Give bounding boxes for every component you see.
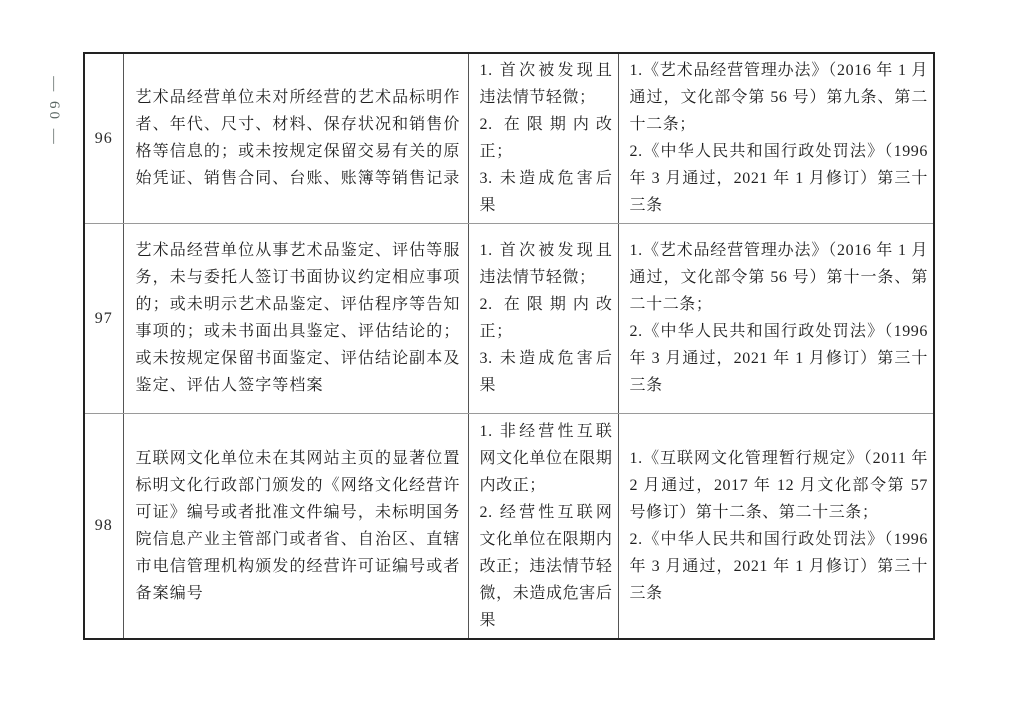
violation-cell: 艺术品经营单位从事艺术品鉴定、评估等服务，未与委托人签订书面协议约定相应事项的；… — [123, 223, 468, 413]
legal-basis-item: 2.《中华人民共和国行政处罚法》（1996 年 3 月通过，2021 年 1 月… — [630, 318, 929, 399]
condition-item: 2. 在限期内改正； — [480, 291, 613, 345]
legal-basis-item: 2.《中华人民共和国行政处罚法》（1996 年 3 月通过，2021 年 1 月… — [630, 526, 929, 607]
row-number-cell: 97 — [84, 223, 123, 413]
row-number-cell: 98 — [84, 413, 123, 639]
condition-item: 1. 非经营性互联网文化单位在限期内改正； — [480, 418, 613, 499]
regulation-table: 96 艺术品经营单位未对所经营的艺术品标明作者、年代、尺寸、材料、保存状况和销售… — [83, 52, 935, 640]
conditions-cell: 1. 首次被发现且违法情节轻微； 2. 在限期内改正； 3. 未造成危害后果 — [468, 223, 618, 413]
legal-basis-cell: 1.《艺术品经营管理办法》（2016 年 1 月通过，文化部令第 56 号）第九… — [618, 53, 934, 223]
legal-basis-item: 1.《互联网文化管理暂行规定》（2011 年 2 月通过，2017 年 12 月… — [630, 445, 929, 526]
document-page: — 60 — 96 艺术品经营单位未对所经营的艺术品标明作者、年代、尺寸、材料、… — [0, 0, 1023, 706]
violation-cell: 艺术品经营单位未对所经营的艺术品标明作者、年代、尺寸、材料、保存状况和销售价格等… — [123, 53, 468, 223]
condition-item: 1. 首次被发现且违法情节轻微； — [480, 237, 613, 291]
row-number-cell: 96 — [84, 53, 123, 223]
violation-text: 艺术品经营单位未对所经营的艺术品标明作者、年代、尺寸、材料、保存状况和销售价格等… — [136, 84, 461, 192]
conditions-cell: 1. 非经营性互联网文化单位在限期内改正； 2. 经营性互联网文化单位在限期内改… — [468, 413, 618, 639]
violation-cell: 互联网文化单位未在其网站主页的显著位置标明文化行政部门颁发的《网络文化经营许可证… — [123, 413, 468, 639]
legal-basis-item: 2.《中华人民共和国行政处罚法》（1996 年 3 月通过，2021 年 1 月… — [630, 138, 929, 219]
table-row: 98 互联网文化单位未在其网站主页的显著位置标明文化行政部门颁发的《网络文化经营… — [84, 413, 934, 639]
condition-item: 2. 在限期内改正； — [480, 111, 613, 165]
legal-basis-item: 1.《艺术品经营管理办法》（2016 年 1 月通过，文化部令第 56 号）第十… — [630, 237, 929, 318]
violation-text: 互联网文化单位未在其网站主页的显著位置标明文化行政部门颁发的《网络文化经营许可证… — [136, 445, 461, 607]
page-number-label: — 60 — — [45, 76, 62, 147]
legal-basis-cell: 1.《互联网文化管理暂行规定》（2011 年 2 月通过，2017 年 12 月… — [618, 413, 934, 639]
legal-basis-item: 1.《艺术品经营管理办法》（2016 年 1 月通过，文化部令第 56 号）第九… — [630, 57, 929, 138]
page-number: — 60 — — [32, 55, 74, 167]
condition-item: 1. 首次被发现且违法情节轻微； — [480, 57, 613, 111]
condition-item: 2. 经营性互联网文化单位在限期内改正；违法情节轻微，未造成危害后果 — [480, 499, 613, 634]
conditions-cell: 1. 首次被发现且违法情节轻微； 2. 在限期内改正； 3. 未造成危害后果 — [468, 53, 618, 223]
legal-basis-cell: 1.《艺术品经营管理办法》（2016 年 1 月通过，文化部令第 56 号）第十… — [618, 223, 934, 413]
condition-item: 3. 未造成危害后果 — [480, 165, 613, 219]
condition-item: 3. 未造成危害后果 — [480, 345, 613, 399]
table-row: 97 艺术品经营单位从事艺术品鉴定、评估等服务，未与委托人签订书面协议约定相应事… — [84, 223, 934, 413]
table-row: 96 艺术品经营单位未对所经营的艺术品标明作者、年代、尺寸、材料、保存状况和销售… — [84, 53, 934, 223]
violation-text: 艺术品经营单位从事艺术品鉴定、评估等服务，未与委托人签订书面协议约定相应事项的；… — [136, 237, 461, 399]
